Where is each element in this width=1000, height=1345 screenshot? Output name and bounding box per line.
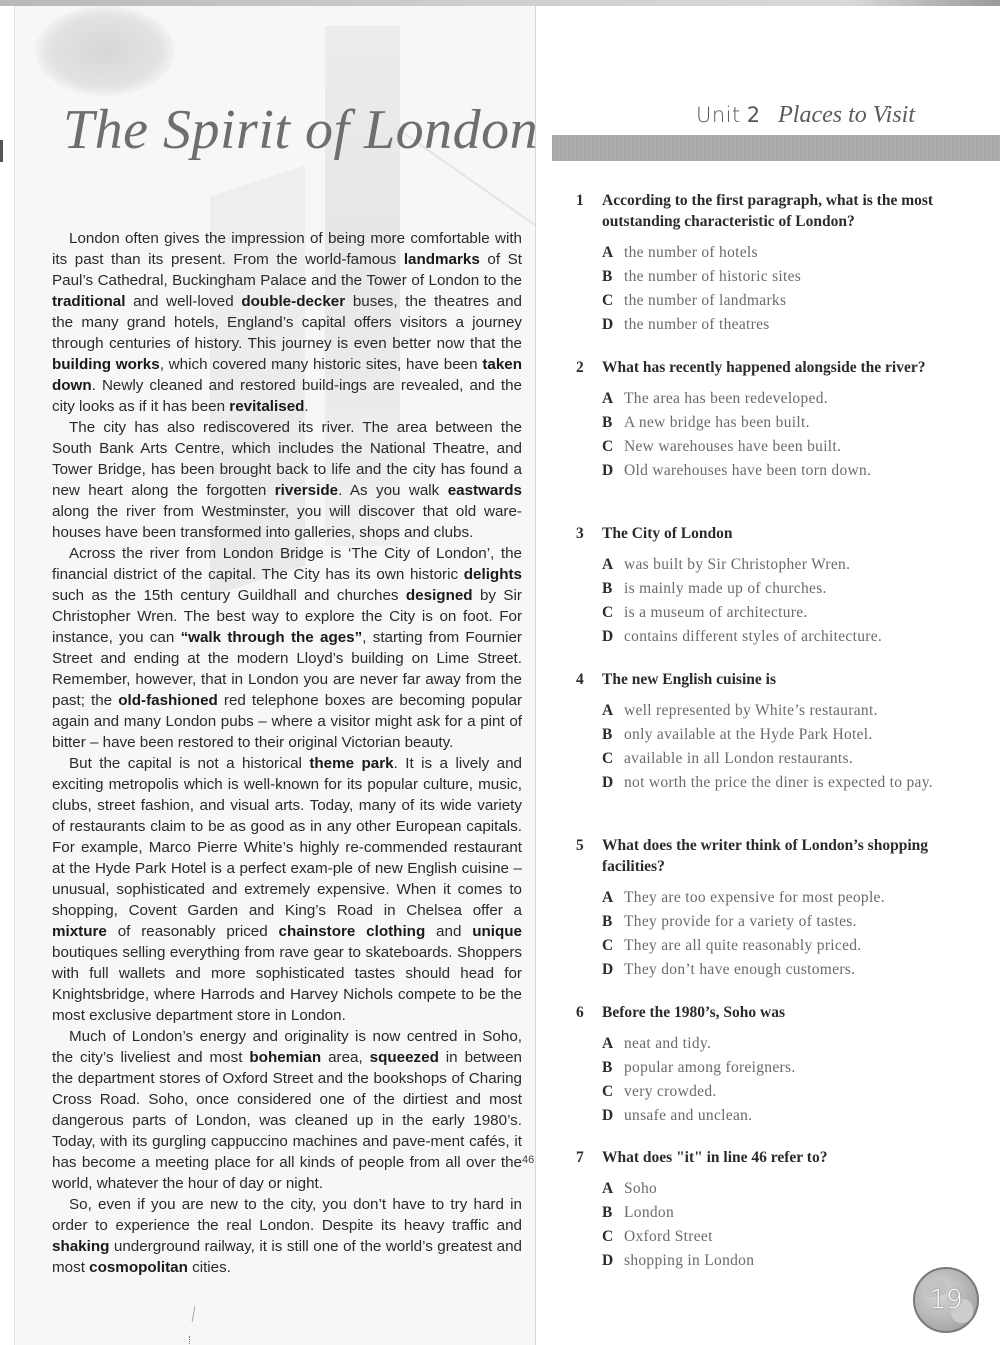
option-c[interactable]: Cthe number of landmarks [602, 289, 950, 313]
option-d[interactable]: Dunsafe and unclean. [602, 1104, 950, 1128]
option-letter: D [602, 625, 624, 649]
option-text: shopping in London [624, 1249, 950, 1273]
option-letter: B [602, 1201, 624, 1225]
option-letter: A [602, 1177, 624, 1201]
option-text: New warehouses have been built. [624, 435, 950, 459]
option-text: neat and tidy. [624, 1032, 950, 1056]
question-3: 3The City of London Awas built by Sir Ch… [570, 523, 950, 649]
option-text: well represented by White’s restaurant. [624, 699, 950, 723]
paragraph-6: So, even if you are new to the city, you… [52, 1194, 522, 1278]
option-text: available in all London restaurants. [624, 747, 950, 771]
article-body: London often gives the impression of bei… [52, 228, 522, 1278]
key-vocabulary: revitalised [229, 398, 304, 415]
question-text: Before the 1980’s, Soho was [602, 1002, 950, 1023]
question-text: The City of London [602, 523, 950, 544]
option-letter: A [602, 241, 624, 265]
option-text: They are all quite reasonably priced. [624, 934, 950, 958]
option-text: not worth the price the diner is expecte… [624, 771, 950, 795]
question-6: 6Before the 1980’s, Soho was Aneat and t… [570, 1002, 950, 1128]
page-number: 19 [929, 1285, 962, 1315]
option-letter: C [602, 1080, 624, 1104]
option-d[interactable]: Dshopping in London [602, 1249, 950, 1273]
question-7: 7What does "it" in line 46 refer to? ASo… [570, 1147, 950, 1273]
question-4: 4The new English cuisine is Awell repres… [570, 669, 950, 795]
option-letter: B [602, 723, 624, 747]
option-letter: B [602, 265, 624, 289]
question-text: What has recently happened alongside the… [602, 357, 950, 378]
option-c[interactable]: CThey are all quite reasonably priced. [602, 934, 950, 958]
option-a[interactable]: ASoho [602, 1177, 950, 1201]
unit-title: Places to Visit [778, 102, 915, 128]
option-letter: D [602, 459, 624, 483]
option-letter: A [602, 886, 624, 910]
option-letter: C [602, 1225, 624, 1249]
binding-mark [0, 140, 3, 162]
paragraph-2: The city has also rediscovered its river… [52, 417, 522, 543]
option-text: was built by Sir Christopher Wren. [624, 553, 950, 577]
option-a[interactable]: AThe area has been redeveloped. [602, 387, 950, 411]
option-text: the number of landmarks [624, 289, 950, 313]
option-letter: C [602, 289, 624, 313]
key-vocabulary: eastwards [448, 482, 522, 499]
option-b[interactable]: Bonly available at the Hyde Park Hotel. [602, 723, 950, 747]
option-b[interactable]: Bis mainly made up of churches. [602, 577, 950, 601]
option-letter: A [602, 553, 624, 577]
unit-number: 2 [747, 103, 760, 127]
pencil-mark-dotted [189, 1336, 191, 1345]
unit-header: Unit2Places to Visit [696, 102, 915, 129]
option-a[interactable]: Aneat and tidy. [602, 1032, 950, 1056]
option-text: Oxford Street [624, 1225, 950, 1249]
option-letter: D [602, 771, 624, 795]
option-text: London [624, 1201, 950, 1225]
option-d[interactable]: Dthe number of theatres [602, 313, 950, 337]
option-text: the number of hotels [624, 241, 950, 265]
option-letter: B [602, 577, 624, 601]
option-c[interactable]: Cavailable in all London restaurants. [602, 747, 950, 771]
question-number: 5 [570, 835, 602, 877]
option-b[interactable]: Bthe number of historic sites [602, 265, 950, 289]
option-a[interactable]: Awell represented by White’s restaurant. [602, 699, 950, 723]
option-d[interactable]: Dcontains different styles of architectu… [602, 625, 950, 649]
question-2: 2What has recently happened alongside th… [570, 357, 950, 483]
option-a[interactable]: AThey are too expensive for most people. [602, 886, 950, 910]
option-letter: B [602, 411, 624, 435]
option-text: contains different styles of architectur… [624, 625, 950, 649]
key-vocabulary: cosmopolitan [89, 1259, 188, 1276]
article-panel: The Spirit of London London often gives … [14, 6, 536, 1345]
option-a[interactable]: Awas built by Sir Christopher Wren. [602, 553, 950, 577]
option-letter: C [602, 934, 624, 958]
option-letter: C [602, 747, 624, 771]
key-vocabulary: building works [52, 356, 160, 373]
option-text: They provide for a variety of tastes. [624, 910, 950, 934]
option-text: They are too expensive for most people. [624, 886, 950, 910]
option-text: is a museum of architecture. [624, 601, 950, 625]
option-text: the number of theatres [624, 313, 950, 337]
option-text: is mainly made up of churches. [624, 577, 950, 601]
paragraph-5: Much of London’s energy and originality … [52, 1026, 522, 1194]
option-c[interactable]: Cis a museum of architecture. [602, 601, 950, 625]
option-b[interactable]: BThey provide for a variety of tastes. [602, 910, 950, 934]
question-5: 5What does the writer think of London’s … [570, 835, 950, 982]
option-letter: C [602, 601, 624, 625]
key-vocabulary: delights [464, 566, 522, 583]
paragraph-3: Across the river from London Bridge is ‘… [52, 543, 522, 753]
option-letter: C [602, 435, 624, 459]
option-b[interactable]: Bpopular among foreigners. [602, 1056, 950, 1080]
option-c[interactable]: CNew warehouses have been built. [602, 435, 950, 459]
option-text: very crowded. [624, 1080, 950, 1104]
option-letter: B [602, 1056, 624, 1080]
tree-silhouette [35, 6, 175, 96]
option-text: Soho [624, 1177, 950, 1201]
option-letter: A [602, 699, 624, 723]
key-vocabulary: traditional [52, 293, 125, 310]
option-text: The area has been redeveloped. [624, 387, 950, 411]
option-letter: A [602, 1032, 624, 1056]
option-text: the number of historic sites [624, 265, 950, 289]
option-c[interactable]: COxford Street [602, 1225, 950, 1249]
option-text: unsafe and unclean. [624, 1104, 950, 1128]
key-vocabulary: bohemian [249, 1049, 321, 1066]
line-number-marker: 46 [522, 1154, 534, 1166]
question-number: 6 [570, 1002, 602, 1023]
option-letter: D [602, 313, 624, 337]
key-vocabulary: shaking [52, 1238, 109, 1255]
key-vocabulary: “walk through the ages” [181, 629, 363, 646]
question-number: 1 [570, 190, 602, 232]
key-vocabulary: riverside [275, 482, 338, 499]
question-number: 4 [570, 669, 602, 690]
key-vocabulary: old-fashioned [118, 692, 218, 709]
option-text: Old warehouses have been torn down. [624, 459, 950, 483]
option-a[interactable]: Athe number of hotels [602, 241, 950, 265]
key-vocabulary: double-decker [241, 293, 345, 310]
option-text: They don’t have enough customers. [624, 958, 950, 982]
header-band [552, 135, 1000, 161]
question-text: The new English cuisine is [602, 669, 950, 690]
key-vocabulary: landmarks [404, 251, 480, 268]
key-vocabulary: mixture [52, 923, 107, 940]
option-text: only available at the Hyde Park Hotel. [624, 723, 950, 747]
article-title: The Spirit of London [63, 98, 538, 162]
question-text: What does "it" in line 46 refer to? [602, 1147, 950, 1168]
option-letter: B [602, 910, 624, 934]
option-letter: A [602, 387, 624, 411]
option-letter: D [602, 958, 624, 982]
question-number: 2 [570, 357, 602, 378]
option-text: A new bridge has been built. [624, 411, 950, 435]
option-text: popular among foreigners. [624, 1056, 950, 1080]
key-vocabulary: unique [472, 923, 522, 940]
question-1: 1According to the first paragraph, what … [570, 190, 950, 337]
option-b[interactable]: BLondon [602, 1201, 950, 1225]
key-vocabulary: designed [406, 587, 473, 604]
option-d[interactable]: Dnot worth the price the diner is expect… [602, 771, 950, 795]
option-d[interactable]: DThey don’t have enough customers. [602, 958, 950, 982]
unit-label: Unit [696, 103, 741, 127]
paragraph-4: But the capital is not a historical them… [52, 753, 522, 1026]
key-vocabulary: chainstore clothing [279, 923, 426, 940]
question-text: According to the first paragraph, what i… [602, 190, 950, 232]
option-d[interactable]: DOld warehouses have been torn down. [602, 459, 950, 483]
option-letter: D [602, 1249, 624, 1273]
paragraph-1: London often gives the impression of bei… [52, 228, 522, 417]
option-b[interactable]: BA new bridge has been built. [602, 411, 950, 435]
key-vocabulary: theme park [309, 755, 393, 772]
option-c[interactable]: Cvery crowded. [602, 1080, 950, 1104]
question-text: What does the writer think of London’s s… [602, 835, 950, 877]
key-vocabulary: squeezed [370, 1049, 439, 1066]
page-number-badge: 19 [913, 1267, 979, 1333]
option-letter: D [602, 1104, 624, 1128]
question-number: 3 [570, 523, 602, 544]
question-number: 7 [570, 1147, 602, 1168]
